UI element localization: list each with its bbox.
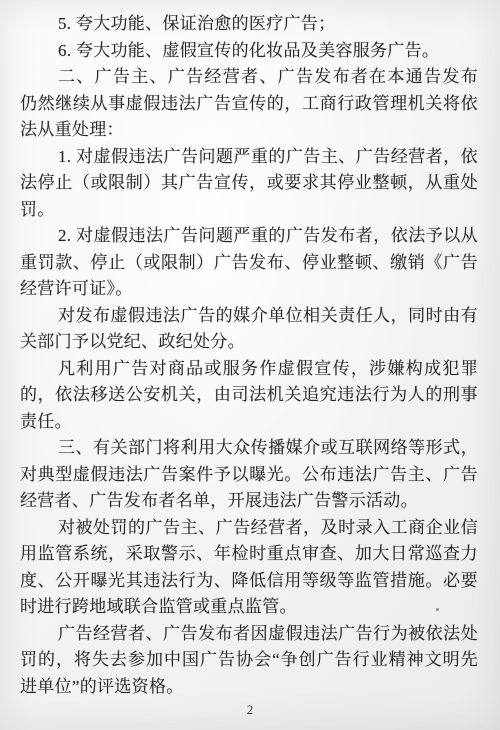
document-body: 5. 夸大功能、保证治愈的医疗广告；6. 夸大功能、虚假宣传的化妆品及美容服务广… (20, 11, 478, 700)
text-line: 二、广告主、广告经营者、广告发布者在本通告发布后， (20, 64, 478, 91)
text-line: 关部门予以党纪、政纪处分。 (20, 329, 478, 356)
text-line: 仍然继续从事虚假违法广告宣传的，工商行政管理机关将依 (20, 91, 478, 118)
text-line: 凡利用广告对商品或服务作虚假宣传，涉嫌构成犯罪 (20, 356, 478, 383)
text-line: 度、公开曝光其违法行为、降低信用等级等监管措施。必要 (20, 568, 478, 595)
scanned-document-page: 5. 夸大功能、保证治愈的医疗广告；6. 夸大功能、虚假宣传的化妆品及美容服务广… (0, 0, 500, 730)
text-line: 对被处罚的广告主、广告经营者，及时录入工商企业信 (20, 515, 478, 542)
text-line: 三、有关部门将利用大众传播媒介或互联网络等形式， (20, 435, 478, 462)
text-line: 法从重处理： (20, 117, 478, 144)
text-line: 的，依法移送公安机关，由司法机关追究违法行为人的刑事 (20, 382, 478, 409)
text-line: 6. 夸大功能、虚假宣传的化妆品及美容服务广告。 (20, 38, 478, 65)
text-line: 1. 对虚假违法广告问题严重的广告主、广告经营者，依 (20, 144, 478, 171)
text-line: 广告经营者、广告发布者因虚假违法广告行为被依法处 (20, 621, 478, 648)
text-line: 经营者、广告发布者名单，开展违法广告警示活动。 (20, 488, 478, 515)
text-line: 2. 对虚假违法广告问题严重的广告发布者，依法予以从 (20, 223, 478, 250)
text-line: 5. 夸大功能、保证治愈的医疗广告； (20, 11, 478, 38)
text-line: 经营许可证》。 (20, 276, 478, 303)
text-line: 用监管系统，采取警示、年检时重点审查、加大日常巡查力 (20, 541, 478, 568)
page-number: 2 (0, 702, 500, 718)
text-line: 责任。 (20, 409, 478, 436)
scan-noise-speck (436, 608, 439, 611)
text-line: 时进行跨地域联合监管或重点监管。 (20, 594, 478, 621)
text-line: 重罚款、停止（或限制）广告发布、停业整顿、缴销《广告 (20, 250, 478, 277)
text-line: 法停止（或限制）其广告宣传，或要求其停业整顿，从重处 (20, 170, 478, 197)
text-line: 进单位”的评选资格。 (20, 674, 478, 701)
text-line: 对典型虚假违法广告案件予以曝光。公布违法广告主、广告 (20, 462, 478, 489)
text-line: 罚的，将失去参加中国广告协会“争创广告行业精神文明先 (20, 647, 478, 674)
text-line: 对发布虚假违法广告的媒介单位相关责任人，同时由有 (20, 303, 478, 330)
text-line: 罚。 (20, 197, 478, 224)
